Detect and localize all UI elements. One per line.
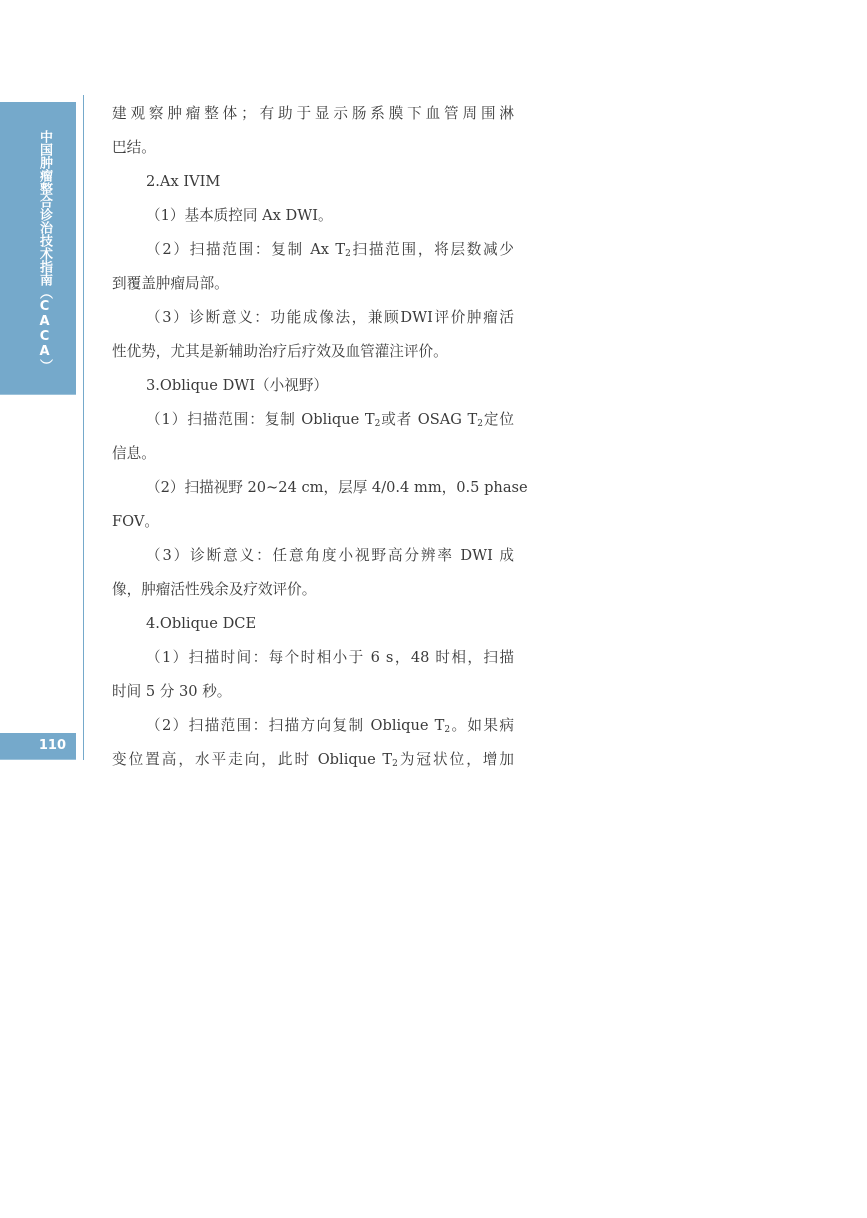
text-line: （1）扫描时间：每个时相小于 6 s，48 时相，扫描: [112, 641, 514, 675]
text-fragment: 定位: [483, 411, 514, 428]
vertical-divider: [83, 95, 84, 760]
text-fragment: 扫描范围，将层数减少: [351, 241, 514, 258]
page-number: 110: [39, 738, 66, 754]
text-fragment: 变位置高，水平走向，此时 Oblique T: [112, 751, 392, 768]
text-fragment: 为冠状位，增加: [398, 751, 514, 768]
text-line: （3）诊断意义：任意角度小视野高分辨率 DWI 成: [112, 539, 514, 573]
text-line: 变位置高，水平走向，此时 Oblique T2为冠状位，增加: [112, 743, 514, 777]
text-line: （1）基本质控同 Ax DWI。: [112, 199, 514, 233]
body-text: 建观察肿瘤整体；有助于显示肠系膜下血管周围淋 巴结。 2.Ax IVIM （1）…: [112, 97, 514, 777]
text-line: 到覆盖肿瘤局部。: [112, 267, 514, 301]
book-title: 中国肿瘤整合诊治技术指南（CACA）: [34, 130, 52, 372]
text-line: （2）扫描范围：扫描方向复制 Oblique T2。如果病: [112, 709, 514, 743]
section-heading: 2.Ax IVIM: [112, 165, 514, 199]
text-fragment: （1）扫描范围：复制 Oblique T: [146, 411, 375, 428]
text-fragment: 。如果病: [450, 717, 514, 734]
text-line: 建观察肿瘤整体；有助于显示肠系膜下血管周围淋: [112, 97, 514, 131]
page-number-tab: 110: [0, 733, 76, 760]
text-fragment: 或者 OSAG T: [380, 411, 477, 428]
text-line: （2）扫描范围：复制 Ax T2扫描范围，将层数减少: [112, 233, 514, 267]
text-fragment: （2）扫描范围：扫描方向复制 Oblique T: [146, 717, 444, 734]
section-heading: 3.Oblique DWI（小视野）: [112, 369, 514, 403]
section-heading: 4.Oblique DCE: [112, 607, 514, 641]
side-tab: 中国肿瘤整合诊治技术指南（CACA）: [0, 102, 76, 395]
text-line: 像，肿瘤活性残余及疗效评价。: [112, 573, 514, 607]
text-line: （3）诊断意义：功能成像法，兼顾DWI评价肿瘤活: [112, 301, 514, 335]
text-line: FOV。: [112, 505, 514, 539]
text-fragment: （2）扫描范围：复制 Ax T: [146, 241, 345, 258]
text-line: 性优势，尤其是新辅助治疗后疗效及血管灌注评价。: [112, 335, 514, 369]
text-line: 时间 5 分 30 秒。: [112, 675, 514, 709]
text-line: （2）扫描视野 20~24 cm，层厚 4/0.4 mm，0.5 phase: [112, 471, 514, 505]
text-line: （1）扫描范围：复制 Oblique T2或者 OSAG T2定位: [112, 403, 514, 437]
text-line: 信息。: [112, 437, 514, 471]
text-line: 巴结。: [112, 131, 514, 165]
